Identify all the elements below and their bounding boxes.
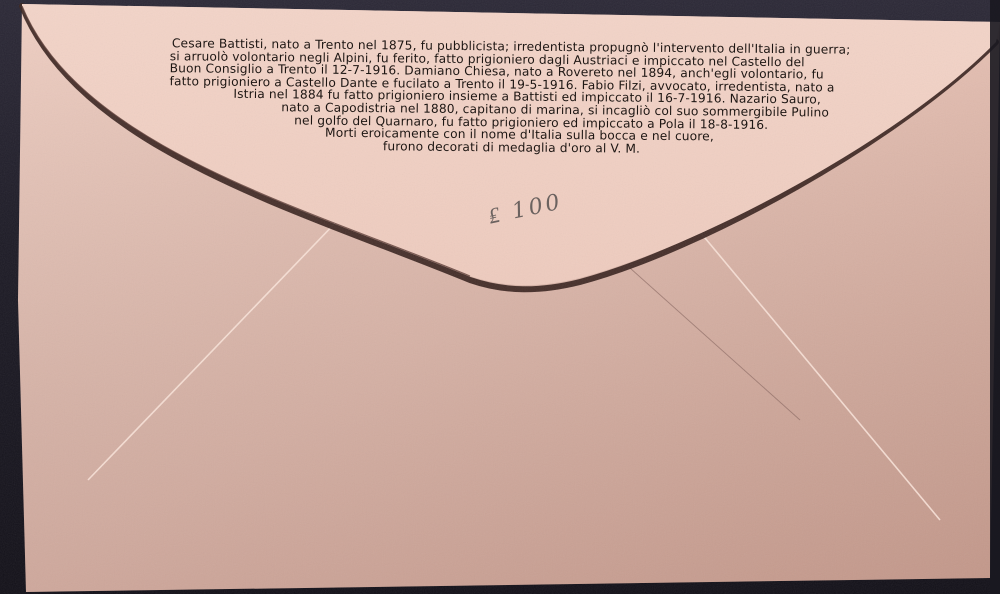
envelope-back: Cesare Battisti, nato a Trento nel 1875,…	[0, 0, 1000, 594]
photo-scene: Cesare Battisti, nato a Trento nel 1875,…	[0, 0, 1000, 594]
printed-commemorative-text: Cesare Battisti, nato a Trento nel 1875,…	[149, 37, 890, 157]
